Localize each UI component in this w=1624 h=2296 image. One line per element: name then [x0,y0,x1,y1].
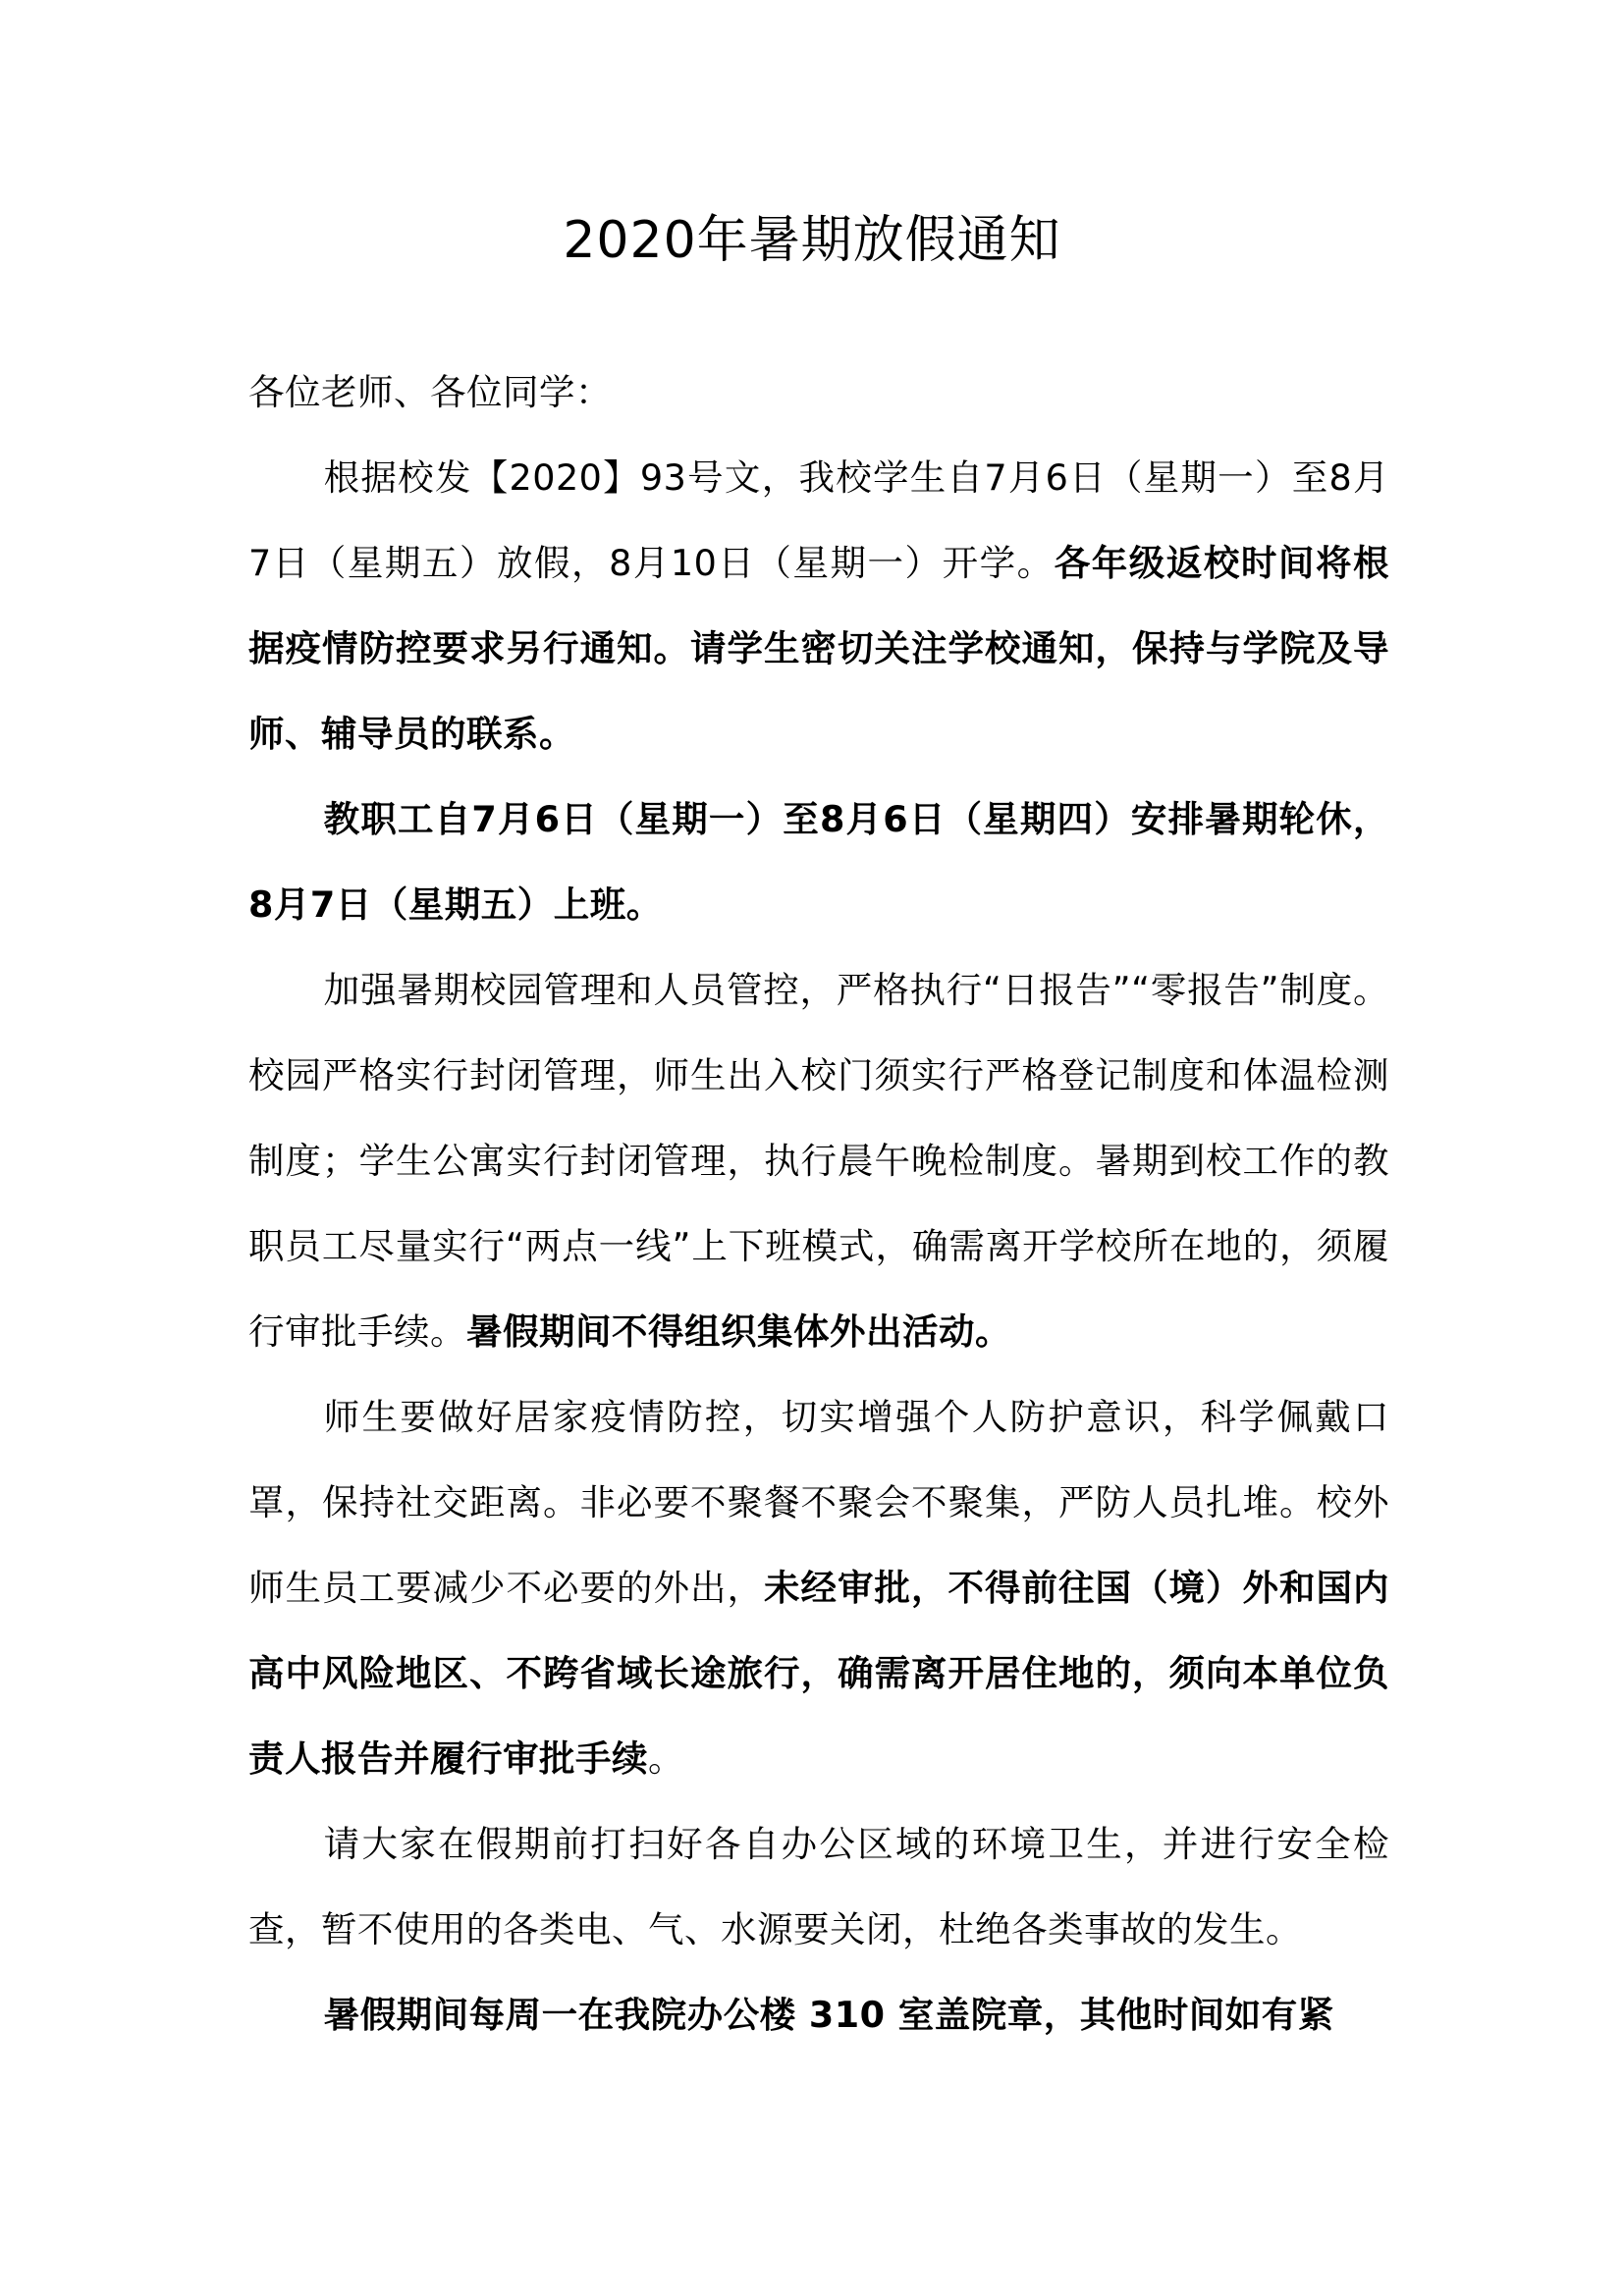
paragraph-text: 请大家在假期前打扫好各自办公区域的环境卫生，并进行安全检查，暂不使用的各类电、气… [248,1823,1389,1950]
paragraph-staff-rotation: 教职工自7月6日（星期一）至8月6日（星期四）安排暑期轮休，8月7日（星期五）上… [248,776,1389,947]
paragraph-text-bold: 暑假期间每周一在我院办公楼 310 室盖院章，其他时间如有紧 [324,1994,1334,2036]
document-body: 各位老师、各位同学： 根据校发【2020】93号文，我校学生自7月6日（星期一）… [248,349,1389,2057]
paragraph-text-bold: 教职工自7月6日（星期一）至8月6日（星期四）安排暑期轮休，8月7日（星期五）上… [248,798,1389,926]
salutation: 各位老师、各位同学： [248,349,1389,435]
paragraph-campus-management: 加强暑期校园管理和人员管控，严格执行“日报告”“零报告”制度。校园严格实行封闭管… [248,947,1389,1374]
paragraph-text-bold: 暑假期间不得组织集体外出活动。 [466,1310,1011,1353]
paragraph-epidemic-prevention: 师生要做好居家疫情防控，切实增强个人防护意识，科学佩戴口罩，保持社交距离。非必要… [248,1374,1389,1801]
paragraph-text: 加强暑期校园管理和人员管控，严格执行“日报告”“零报告”制度。校园严格实行封闭管… [248,969,1389,1353]
paragraph-seal-schedule: 暑假期间每周一在我院办公楼 310 室盖院章，其他时间如有紧 [248,1972,1389,2057]
paragraph-safety-check: 请大家在假期前打扫好各自办公区域的环境卫生，并进行安全检查，暂不使用的各类电、气… [248,1801,1389,1972]
document-title: 2020年暑期放假通知 [0,208,1624,273]
paragraph-student-holiday: 根据校发【2020】93号文，我校学生自7月6日（星期一）至8月7日（星期五）放… [248,435,1389,776]
document-page: 2020年暑期放假通知 各位老师、各位同学： 根据校发【2020】93号文，我校… [0,0,1624,2296]
paragraph-text: 。 [648,1737,684,1780]
